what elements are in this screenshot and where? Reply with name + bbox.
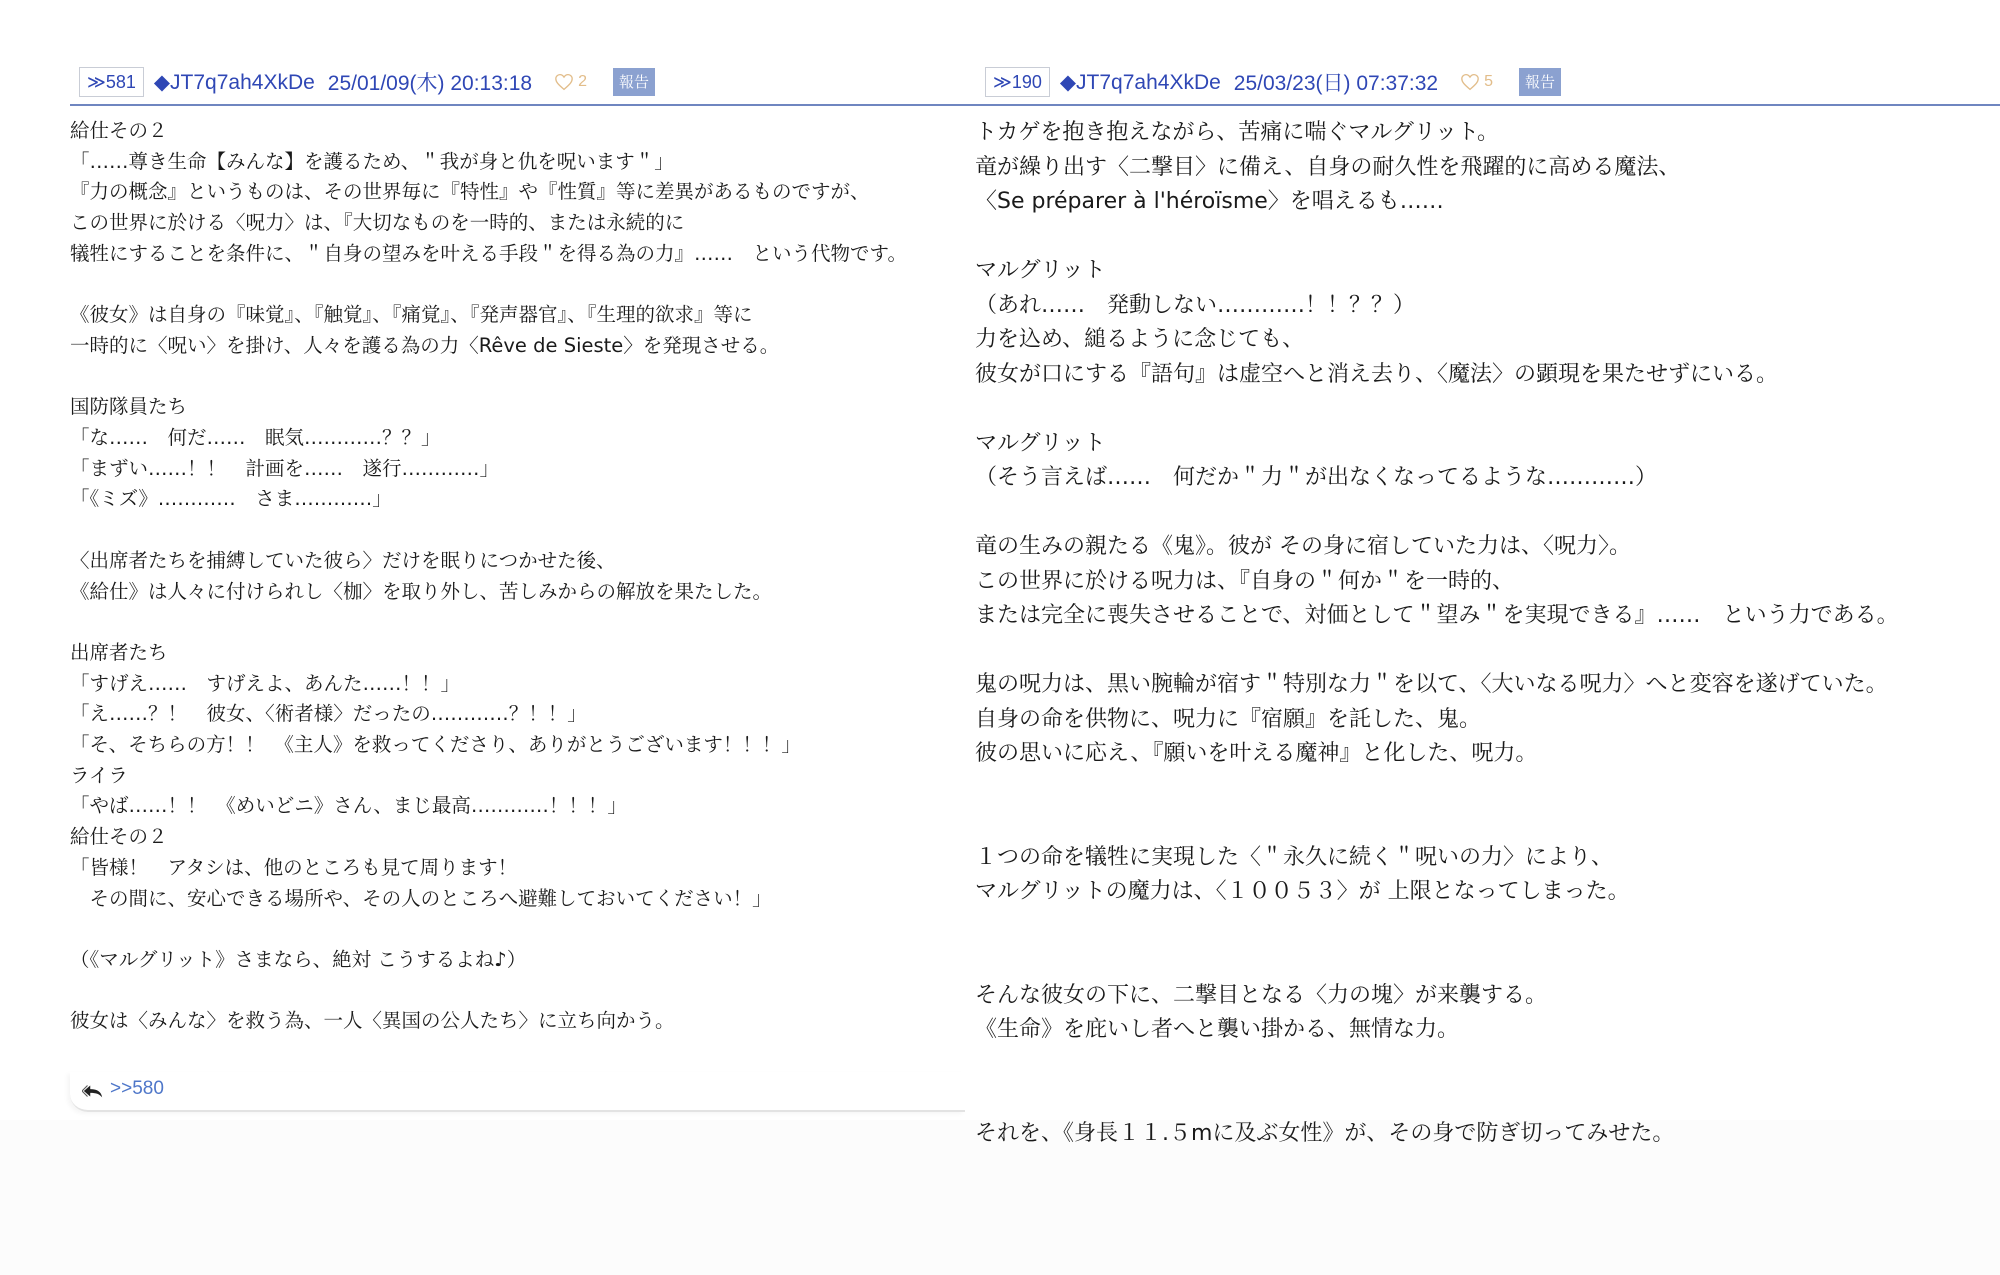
post-body-right: トカゲを抱き抱えながら、苦痛に喘ぐマルグリット。竜が繰り出す〈二撃目〉に備え、自…: [975, 116, 1995, 1151]
post-text-line: [70, 976, 950, 1007]
heart-icon: [1460, 73, 1480, 91]
post-text-line: 「すげえ…… すげえよ、あんた……！！」: [70, 669, 950, 700]
post-text-line: 〈Se préparer à l'héroïsme〉を唱えるも……: [975, 185, 1995, 220]
like-button[interactable]: 5: [1460, 73, 1493, 91]
like-count: 5: [1484, 73, 1493, 91]
post-text-line: 鬼の呪力は、黒い腕輪が宿す＂特別な力＂を以て、〈大いなる呪力〉へと変容を遂げてい…: [975, 668, 1995, 703]
report-button[interactable]: 報告: [1519, 68, 1561, 96]
post-text-line: 『力の概念』というものは、その世界毎に『特性』や『性質』等に差異があるものですが…: [70, 177, 950, 208]
post-header-right: ≫190 ◆JT7q7ah4XkDe 25/03/23(日) 07:37:32 …: [985, 66, 1561, 98]
post-number-link[interactable]: ≫190: [985, 67, 1050, 97]
post-text-line: [975, 1048, 1995, 1083]
post-text-line: マルグリットの魔力は、〈１００５３〉が 上限となってしまった。: [975, 875, 1995, 910]
post-text-line: [975, 944, 1995, 979]
post-text-line: [975, 634, 1995, 669]
like-button[interactable]: 2: [554, 73, 587, 91]
post-text-line: その間に、安心できる場所や、その人のところへ避難しておいてください！」: [70, 884, 950, 915]
post-text-line: 自身の命を供物に、呪力に『宿願』を託した、鬼。: [975, 703, 1995, 738]
post-text-line: （そう言えば…… 何だか＂力＂が出なくなってるような…………）: [975, 461, 1995, 496]
header-divider: [70, 104, 2000, 106]
post-text-line: 給仕その２: [70, 116, 950, 147]
post-text-line: ライラ: [70, 761, 950, 792]
reply-to-link[interactable]: >>580: [110, 1078, 164, 1100]
post-text-line: マルグリット: [975, 254, 1995, 289]
post-text-line: 竜の生みの親たる《鬼》。彼が その身に宿していた力は、〈呪力〉。: [975, 530, 1995, 565]
post-text-line: [975, 392, 1995, 427]
post-text-line: 「そ、そちらの方！！ 《主人》を救ってくださり、ありがとうございます！！！」: [70, 730, 950, 761]
post-text-line: [975, 910, 1995, 945]
post-text-line: 犠牲にすることを条件に、＂自身の望みを叶える手段＂を得る為の力』…… という代物…: [70, 239, 950, 270]
post-text-line: 「な…… 何だ…… 眠気…………？？」: [70, 423, 950, 454]
post-text-line: 給仕その２: [70, 822, 950, 853]
reply-reference-bar: >>580: [70, 1072, 965, 1112]
post-text-line: 《給仕》は人々に付けられし〈枷〉を取り外し、苦しみからの解放を果たした。: [70, 577, 950, 608]
post-datetime: 25/03/23(日) 07:37:32: [1234, 67, 1438, 97]
post-text-line: それを、《身長１１.５mに及ぶ女性》が、その身で防ぎ切ってみせた。: [975, 1117, 1995, 1152]
post-text-line: [70, 914, 950, 945]
post-text-line: 彼女は〈みんな〉を救う為、一人〈異国の公人たち〉に立ち向かう。: [70, 1006, 950, 1037]
post-text-line: [70, 270, 950, 301]
post-text-line: [975, 1082, 1995, 1117]
post-text-line: そんな彼女の下に、二撃目となる〈力の塊〉が来襲する。: [975, 979, 1995, 1014]
post-text-line: 《彼女》は自身の『味覚』、『触覚』、『痛覚』、『発声器官』、『生理的欲求』等に: [70, 300, 950, 331]
post-number-link[interactable]: ≫581: [79, 67, 144, 97]
like-count: 2: [578, 73, 587, 91]
post-header-left: ≫581 ◆JT7q7ah4XkDe 25/01/09(木) 20:13:18 …: [79, 66, 655, 98]
post-datetime: 25/01/09(木) 20:13:18: [328, 67, 532, 97]
post-text-line: この世界に於ける〈呪力〉は、『大切なものを一時的、または永続的に: [70, 208, 950, 239]
heart-icon: [554, 73, 574, 91]
post-text-line: 「……尊き生命【みんな】を護るため、＂我が身と仇を呪います＂」: [70, 147, 950, 178]
post-text-line: 竜が繰り出す〈二撃目〉に備え、自身の耐久性を飛躍的に高める魔法、: [975, 151, 1995, 186]
post-text-line: 〈出席者たちを捕縛していた彼ら〉だけを眠りにつかせた後、: [70, 546, 950, 577]
post-text-line: マルグリット: [975, 427, 1995, 462]
post-text-line: [975, 220, 1995, 255]
post-text-line: [70, 362, 950, 393]
post-text-line: 「え……？！ 彼女、〈術者様〉だったの…………？！！」: [70, 699, 950, 730]
post-text-line: 出席者たち: [70, 638, 950, 669]
post-body-left: 給仕その２「……尊き生命【みんな】を護るため、＂我が身と仇を呪います＂」『力の概…: [70, 116, 950, 1037]
post-text-line: [70, 607, 950, 638]
post-text-line: 彼の思いに応え、『願いを叶える魔神』と化した、呪力。: [975, 737, 1995, 772]
post-text-line: （《マルグリット》さまなら、絶対 こうするよね♪）: [70, 945, 950, 976]
user-id[interactable]: ◆JT7q7ah4XkDe: [1060, 70, 1221, 95]
post-text-line: 《生命》を庇いし者へと襲い掛かる、無情な力。: [975, 1013, 1995, 1048]
user-id[interactable]: ◆JT7q7ah4XkDe: [154, 70, 315, 95]
post-text-line: [975, 806, 1995, 841]
post-text-line: 彼女が口にする『語句』は虚空へと消え去り、〈魔法〉の顕現を果たせずにいる。: [975, 358, 1995, 393]
post-text-line: または完全に喪失させることで、対価として＂望み＂を実現できる』…… という力であ…: [975, 599, 1995, 634]
post-text-line: 「皆様！ アタシは、他のところも見て周ります！: [70, 853, 950, 884]
post-text-line: 「やば……！！ 《めいどニ》さん、まじ最高…………！！！」: [70, 791, 950, 822]
post-text-line: [70, 515, 950, 546]
post-text-line: 国防隊員たち: [70, 392, 950, 423]
post-text-line: 力を込め、縋るように念じても、: [975, 323, 1995, 358]
reply-all-icon: [82, 1082, 104, 1100]
post-text-line: [975, 496, 1995, 531]
post-text-line: １つの命を犠牲に実現した〈＂永久に続く＂呪いの力〉により、: [975, 841, 1995, 876]
post-text-line: 「まずい……！！ 計画を…… 遂行…………」: [70, 454, 950, 485]
post-text-line: [975, 772, 1995, 807]
post-text-line: 「《ミズ》………… さま…………」: [70, 484, 950, 515]
post-text-line: （あれ…… 発動しない…………！！？？）: [975, 289, 1995, 324]
report-button[interactable]: 報告: [613, 68, 655, 96]
post-text-line: トカゲを抱き抱えながら、苦痛に喘ぐマルグリット。: [975, 116, 1995, 151]
post-text-line: 一時的に〈呪い〉を掛け、人々を護る為の力〈Rêve de Sieste〉を発現さ…: [70, 331, 950, 362]
post-text-line: この世界に於ける呪力は、『自身の＂何か＂を一時的、: [975, 565, 1995, 600]
